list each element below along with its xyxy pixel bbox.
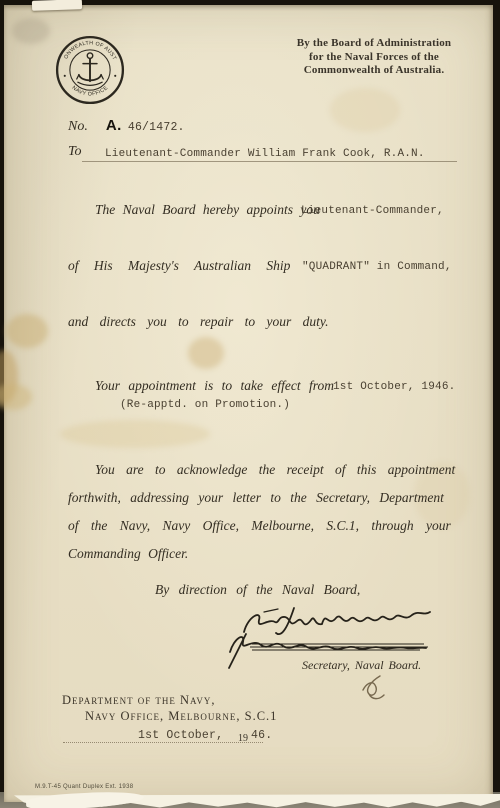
authority-line: By the Board of Administration [288,37,460,51]
duty-printed-text: and directs you to repair to your duty. [68,314,328,330]
tape-fragment [32,0,82,11]
direction-text: By direction of the Naval Board, [155,582,360,598]
seal-separator-dot [114,75,116,77]
svg-text:NAVY OFFICE: NAVY OFFICE [71,85,110,98]
secretary-role-label: Secretary, Naval Board. [302,658,421,673]
date-day-typed: 1st October, [138,729,223,742]
ship-typed-text: "QUADRANT" in Command, [302,261,452,273]
appoint-printed-text: The Naval Board hereby appoints you [95,202,320,218]
reference-number: 46/1472. [128,121,185,134]
effect-typed-text: 1st October, 1946. [333,381,455,393]
effect-note-typed: (Re-apptd. on Promotion.) [120,399,290,411]
reference-label: No. [68,119,88,134]
authority-statement: By the Board of Administration for the N… [288,37,460,78]
seal-separator-dot [64,75,66,77]
seal-bottom-text: NAVY OFFICE [71,85,110,98]
date-underline [63,742,263,743]
ship-printed-text: of His Majesty's Australian Ship [68,258,290,274]
ack-line-1: You are to acknowledge the receipt of th… [95,462,455,478]
navy-office-seal: COMMONWEALTH OF AUSTRALIA NAVY OFFICE [55,35,125,105]
anchor-icon [77,53,104,85]
ack-line-4: Commanding Officer. [68,546,188,562]
ack-line-2: forthwith, addressing your letter to the… [68,490,444,506]
date-year-printed: 19 [238,733,248,744]
pen-initial-mark [358,672,388,704]
effect-printed-text: Your appointment is to take effect from [95,378,334,394]
ack-line-3: of the Navy, Navy Office, Melbourne, S.C… [68,518,451,534]
addressee-underline [82,161,457,162]
addressee-label: To [68,144,82,160]
addressee-name: Lieutenant-Commander William Frank Cook,… [105,148,425,160]
authority-line: for the Naval Forces of the [288,51,460,65]
footer-department-line: Department of the Navy, [62,693,216,708]
printer-imprint: M.9.T-45 Quant Duplex Ext. 1938 [35,784,133,790]
scan-background: COMMONWEALTH OF AUSTRALIA NAVY OFFICE By… [0,0,500,808]
authority-line: Commonwealth of Australia. [288,64,460,78]
reference-series-stamp: A. [106,117,122,134]
appoint-typed-text: Lieutenant-Commander, [301,205,444,217]
date-year-typed: 46. [251,729,272,742]
footer-office-line: Navy Office, Melbourne, S.C.1 [85,709,277,724]
reference-row: No. A. 46/1472. [68,117,185,135]
